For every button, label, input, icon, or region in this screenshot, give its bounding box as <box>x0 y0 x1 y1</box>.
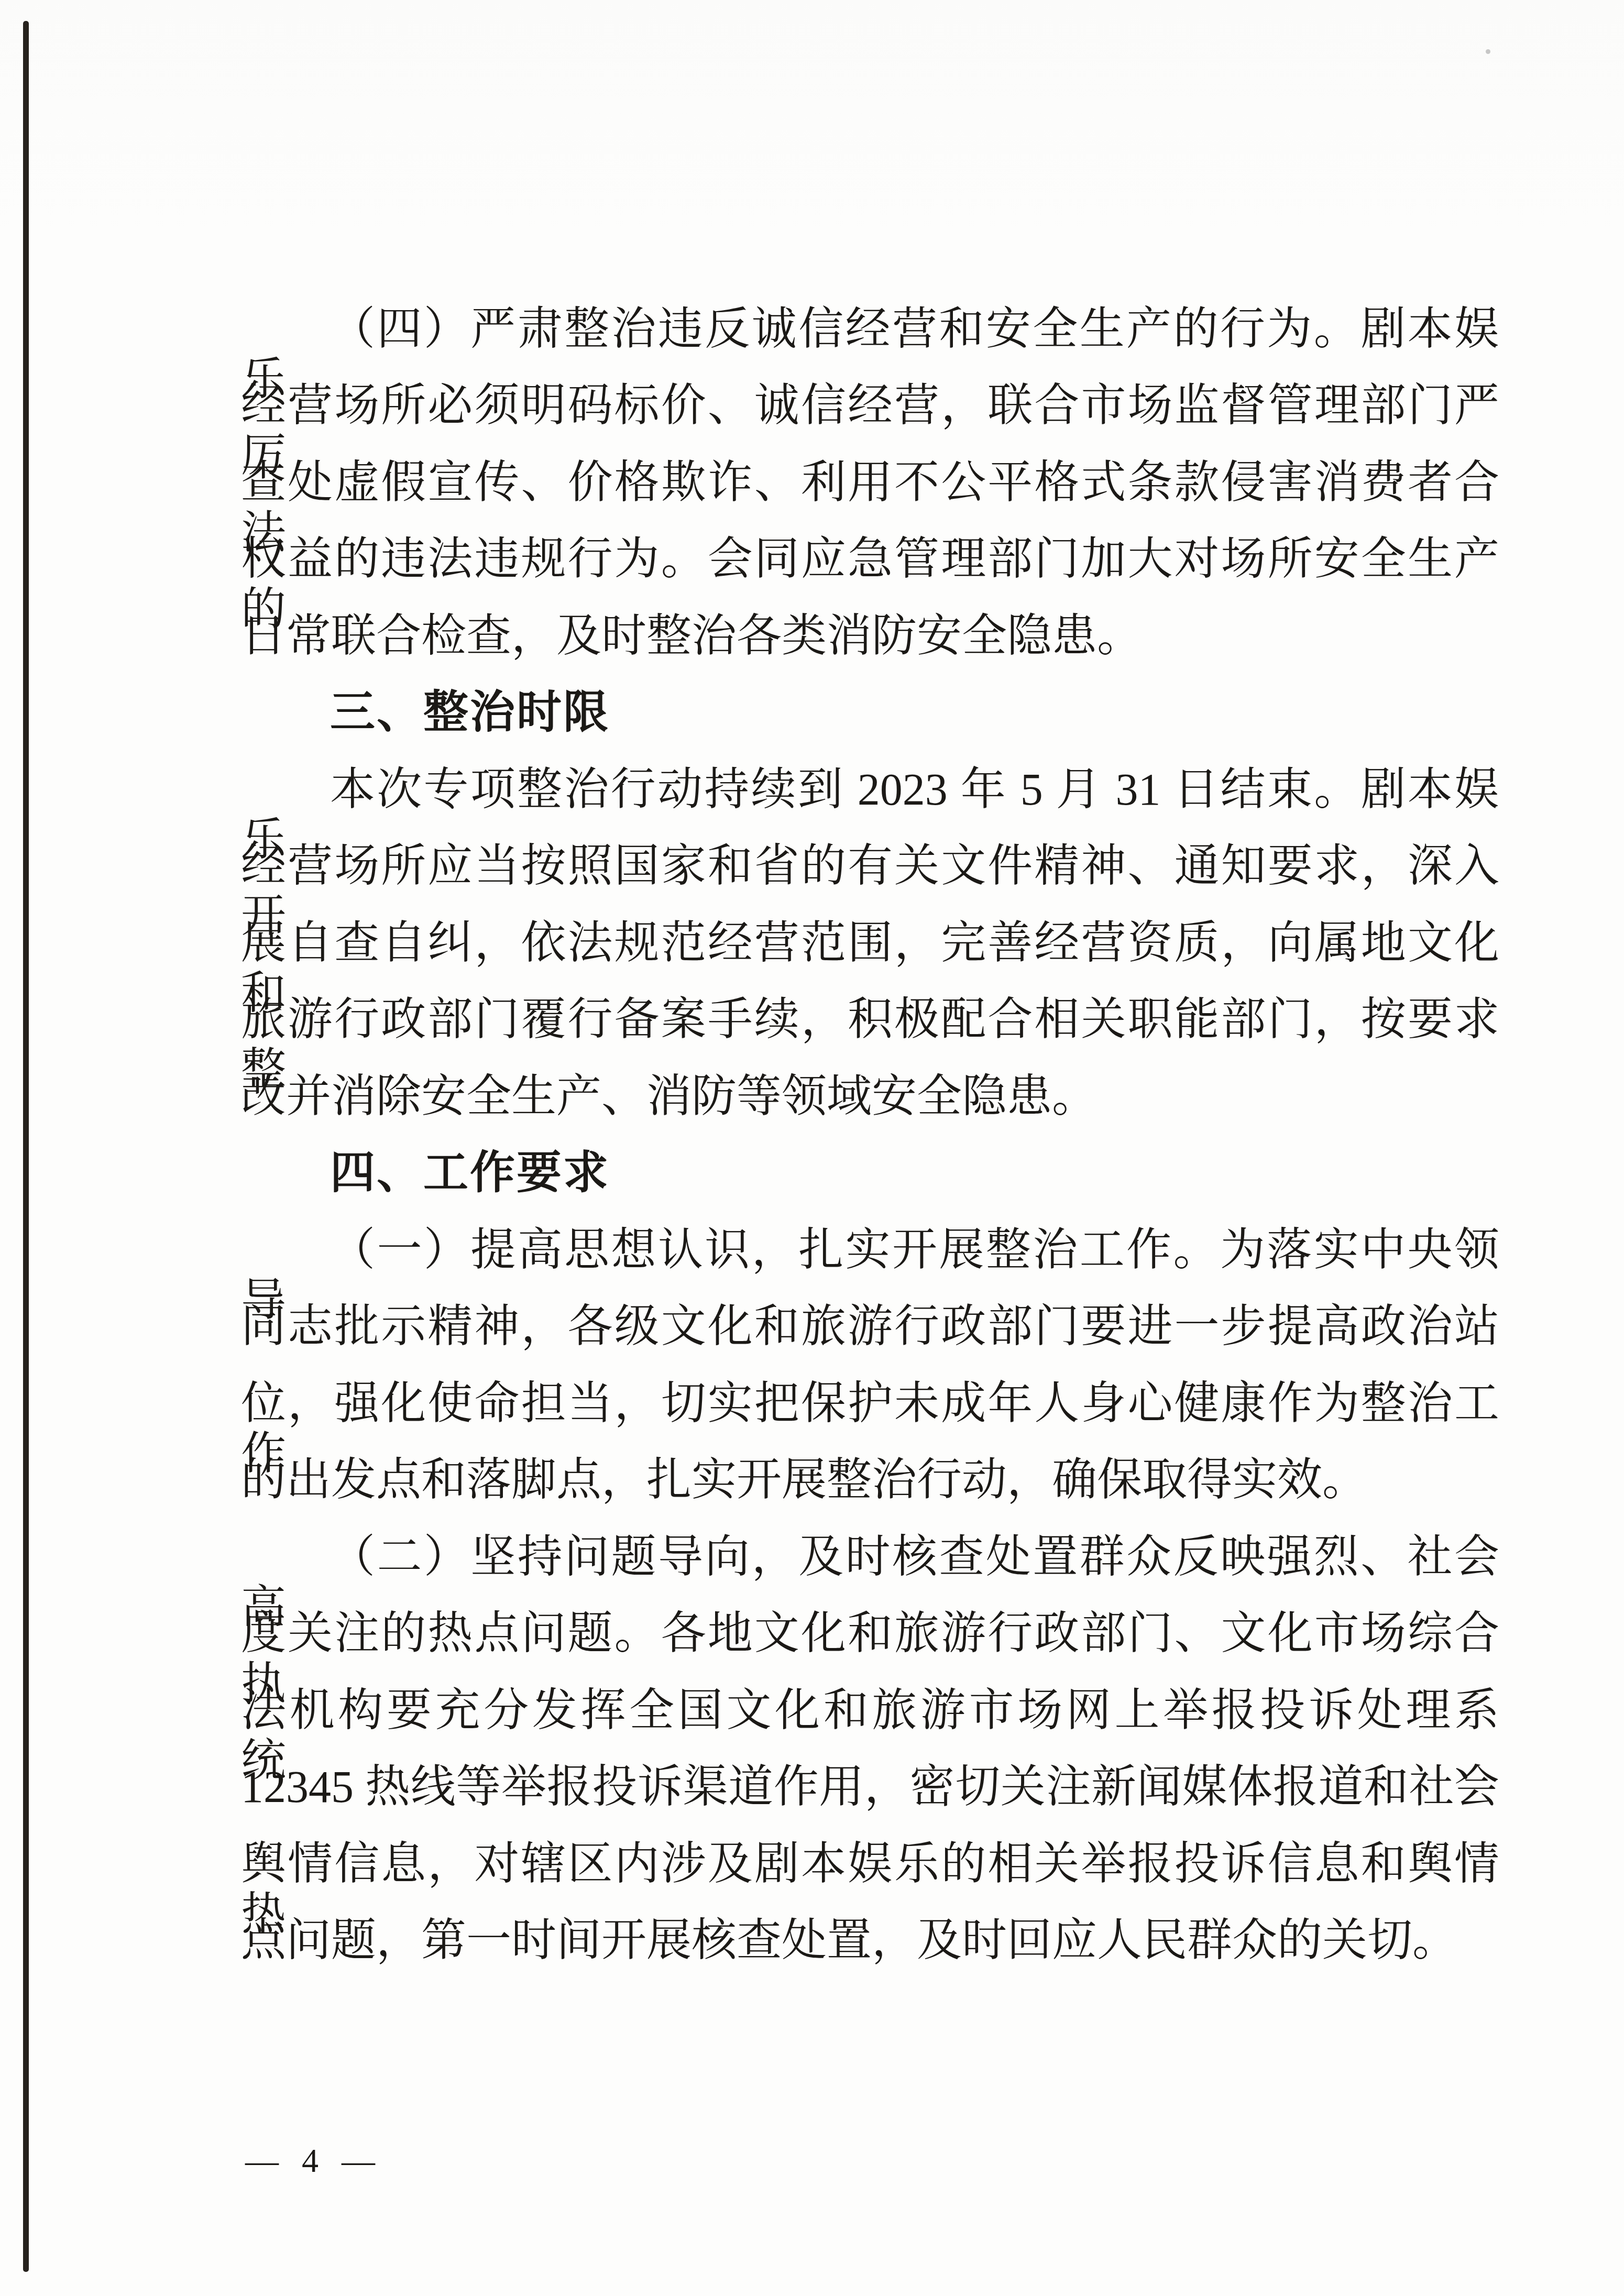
section-heading-4: 四、工作要求 <box>241 1148 1499 1198</box>
binding-edge-line <box>23 21 29 2272</box>
text-line: 同志批示精神，各级文化和旅游行政部门要进一步提高政治站 <box>241 1301 1499 1352</box>
scan-artifact-dot <box>1486 49 1490 54</box>
text-line: 改并消除安全生产、消防等领域安全隐患。 <box>241 1071 1499 1122</box>
text-line: 的出发点和落脚点，扎实开展整治行动，确保取得实效。 <box>241 1455 1499 1505</box>
section-heading-3: 三、整治时限 <box>241 687 1499 738</box>
text-line: 12345 热线等举报投诉渠道作用，密切关注新闻媒体报道和社会 <box>241 1762 1499 1812</box>
text-line: 点问题，第一时间开展核查处置，及时回应人民群众的关切。 <box>241 1915 1499 1965</box>
page-number: — 4 — <box>245 2141 382 2180</box>
scanned-document-page: （四）严肃整治违反诚信经营和安全生产的行为。剧本娱乐 经营场所必须明码标价、诚信… <box>0 0 1624 2296</box>
text-line: 日常联合检查，及时整治各类消防安全隐患。 <box>241 611 1499 661</box>
